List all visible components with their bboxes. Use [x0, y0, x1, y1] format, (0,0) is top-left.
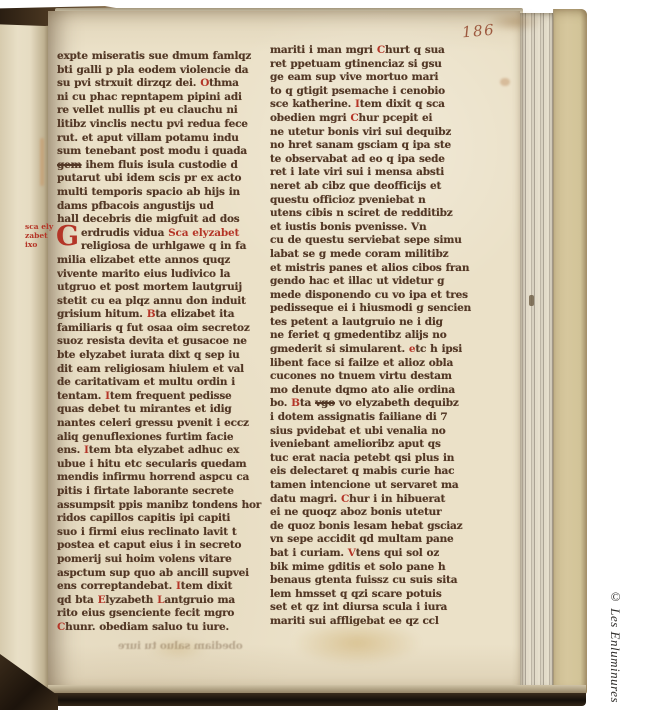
- folio-number: 186: [461, 21, 496, 42]
- manuscript-line: i dotem assignatis failiane di 7: [270, 411, 482, 425]
- manuscript-line: neret ab cibz que deofficijs et: [270, 180, 482, 194]
- manuscript-line: bti galli p pla eodem violencie da: [57, 64, 269, 78]
- manuscript-line: set et qz int diursa scula i iura: [270, 601, 482, 615]
- manuscript-line: putarut ubi idem scis pr ex acto: [57, 172, 269, 186]
- copyright-watermark: © Les Enluminures: [607, 589, 623, 719]
- manuscript-line: mede disponendo cu vo ipa et tres: [270, 289, 482, 303]
- manuscript-line: religiosa de urhlgawe q in fa: [57, 240, 269, 254]
- manuscript-line: sum tenebant post modu i quada: [57, 145, 269, 159]
- manuscript-line: aspctum sup quo ab ancill supvei: [57, 567, 269, 581]
- manuscript-line: labat se g mede coram militibz: [270, 248, 482, 262]
- manuscript-line: hall decebris die migfuit ad dos: [57, 213, 269, 227]
- manuscript-line: pedisseque ei i hiusmodi g sencien: [270, 302, 482, 316]
- manuscript-line: et iustis bonis pvenisse. Vn: [270, 221, 482, 235]
- manuscript-line: mendis infirmu horrend aspcu ca: [57, 471, 269, 485]
- manuscript-line: ne feriet q gmedentibz alijs no: [270, 329, 482, 343]
- manuscript-line: stetit cu ea plqz annu don induit: [57, 295, 269, 309]
- text-column-left: Gexpte miseratis sue dmum famlqzbti gall…: [57, 50, 269, 635]
- manuscript-line: dams pfbacois angustijs ud: [57, 200, 269, 214]
- manuscript-line: tentam. Item frequent pedisse: [57, 390, 269, 404]
- manuscript-line: multi temporis spacio ab hijs in: [57, 186, 269, 200]
- manuscript-line: no hret sanam gsciam q ipa ste: [270, 139, 482, 153]
- manuscript-line: ens correptandebat. Item dixit: [57, 580, 269, 594]
- manuscript-line: cucones no tnuem virtu destam: [270, 370, 482, 384]
- manuscript-line: rito eius gsenciente fecit mgro: [57, 607, 269, 621]
- manuscript-line: re vellet nullis pt eu clauchu ni: [57, 104, 269, 118]
- manuscript-line: pitis i firtate laborante secrete: [57, 485, 269, 499]
- manuscript-line: rut. et aput villam potamu indu: [57, 132, 269, 146]
- manuscript-line: ret ppetuam gtinenciaz si gsu: [270, 58, 482, 72]
- manuscript-line: ret i late viri sui i mensa absti: [270, 166, 482, 180]
- manuscript-line: familiaris q fut osaa oim secretoz: [57, 322, 269, 336]
- manuscript-line: ge eam sup vive mortuo mari: [270, 71, 482, 85]
- manuscript-line: ubue i hitu etc secularis quedam: [57, 458, 269, 472]
- manuscript-line: bat i curiam. Vtens qui sol oz: [270, 547, 482, 561]
- manuscript-line: utens cibis n sciret de redditibz: [270, 207, 482, 221]
- manuscript-line: vivente marito eius ludivico la: [57, 268, 269, 282]
- manuscript-line: datu magri. Chur i in hibuerat: [270, 493, 482, 507]
- margin-note-line: sca ely: [25, 222, 57, 231]
- manuscript-line: bo. Bta vgo vo elyzabeth dequibz: [270, 397, 482, 411]
- bottom-board-edge: [44, 693, 586, 706]
- manuscript-line: libent face si failze et alioz obla: [270, 357, 482, 371]
- manuscript-line: gmederit si simularent. etc h ipsi: [270, 343, 482, 357]
- manuscript-line: bik mime gditis et solo pane h: [270, 561, 482, 575]
- manuscript-page: 186 Gexpte miseratis sue dmum famlqzbti …: [48, 11, 520, 692]
- manuscript-line: grisium hitum. Bta elizabet ita: [57, 308, 269, 322]
- manuscript-line: ne utetur bonis viri sui dequibz: [270, 126, 482, 140]
- manuscript-line: vn sepe accidit qd multam pane: [270, 533, 482, 547]
- manuscript-line: postea et caput eius i in secreto: [57, 539, 269, 553]
- manuscript-line: erdrudis vidua Sca elyzabet: [57, 227, 269, 241]
- manuscript-line: to q gtigit psemache i cenobio: [270, 85, 482, 99]
- manuscript-line: bte elyzabet iurata dixt q sep iu: [57, 349, 269, 363]
- manuscript-line: eis delectaret q mabis curie hac: [270, 465, 482, 479]
- manuscript-line: te observabat ad eo q ipa sede: [270, 153, 482, 167]
- manuscript-line: obedien mgri Chur pcepit ei: [270, 112, 482, 126]
- manuscript-line: benaus gtenta fuissz cu suis sita: [270, 574, 482, 588]
- bleedthrough-text: obediam saluo tu iure: [118, 640, 243, 654]
- manuscript-line: sce katherine. Item dixit q sca: [270, 98, 482, 112]
- manuscript-line: tes petent a lautgruio ne i dig: [270, 316, 482, 330]
- manuscript-line: litibz vinclis nectu pvi redua fece: [57, 118, 269, 132]
- manuscript-line: nantes celeri gressu pvenit i eccz: [57, 417, 269, 431]
- manuscript-line: tuc erat nacia petebt qsi plus in: [270, 452, 482, 466]
- manuscript-line: expte miseratis sue dmum famlqz: [57, 50, 269, 64]
- manuscript-line: assumpsit ppis manibz tondens hor: [57, 499, 269, 513]
- manuscript-line: utgruo et post mortem lautgruij: [57, 281, 269, 295]
- manuscript-line: gem ihem fluis isula custodie d: [57, 159, 269, 173]
- fore-edge-page-stack: [520, 13, 553, 692]
- manuscript-line: gendo hac et illac ut videtur g: [270, 275, 482, 289]
- manuscript-line: mariti sui affligebat ee qz ccl: [270, 615, 482, 629]
- manuscript-line: qd bta Elyzabeth Lantgruio ma: [57, 594, 269, 608]
- manuscript-line: Chunr. obediam saluo tu iure.: [57, 621, 269, 635]
- manuscript-line: ridos capillos capitis ipi capiti: [57, 512, 269, 526]
- photo-background: 186 Gexpte miseratis sue dmum famlqzbti …: [0, 0, 655, 720]
- manuscript-line: milia elizabet ette annos quqz: [57, 254, 269, 268]
- manuscript-line: tamen intencione ut servaret ma: [270, 479, 482, 493]
- text-column-right: mariti i man mgri Churt q suaret ppetuam…: [270, 44, 482, 629]
- facing-page-gutter: [0, 12, 50, 688]
- manuscript-line: ens. Item bta elyzabet adhuc ex: [57, 444, 269, 458]
- margin-note: sca elyzabetixo: [25, 222, 57, 249]
- manuscript-line: ni cu phac repntapem pipini adi: [57, 91, 269, 105]
- margin-note-line: zabet: [25, 231, 57, 240]
- manuscript-line: ei ne quoqz aboz bonis utetur: [270, 506, 482, 520]
- manuscript-line: iveniebant amelioribz aput qs: [270, 438, 482, 452]
- manuscript-line: suo i firmi eius reclinato lavit t: [57, 526, 269, 540]
- drop-cap-initial: G: [56, 224, 79, 250]
- manuscript-line: pomerij sui hoim volens vitare: [57, 553, 269, 567]
- manuscript-line: de caritativam et multu ordin i: [57, 376, 269, 390]
- manuscript-line: quas debet tu mirantes et idig: [57, 403, 269, 417]
- manuscript-line: sius pvidebat et ubi venalia no: [270, 425, 482, 439]
- margin-note-line: ixo: [25, 240, 57, 249]
- back-cover-board: [553, 9, 587, 695]
- manuscript-line: cu de questu serviebat sepe simu: [270, 234, 482, 248]
- manuscript-line: mariti i man mgri Churt q sua: [270, 44, 482, 58]
- manuscript-line: questu officioz pveniebat n: [270, 194, 482, 208]
- manuscript-line: su pvi strxuit dirzqz dei. Othma: [57, 77, 269, 91]
- manuscript-line: aliq genuflexiones furtim facie: [57, 431, 269, 445]
- manuscript-line: lem hmsset q qzi scare potuis: [270, 588, 482, 602]
- manuscript-line: dit eam religiosam hiulem et val: [57, 363, 269, 377]
- manuscript-line: suoz resista devita et gusacoe ne: [57, 335, 269, 349]
- manuscript-line: de quoz bonis lesam hebat gsciaz: [270, 520, 482, 534]
- manuscript-line: et mistris panes et alios cibos fran: [270, 262, 482, 276]
- manuscript-line: mo denute dqmo ato alie ordina: [270, 384, 482, 398]
